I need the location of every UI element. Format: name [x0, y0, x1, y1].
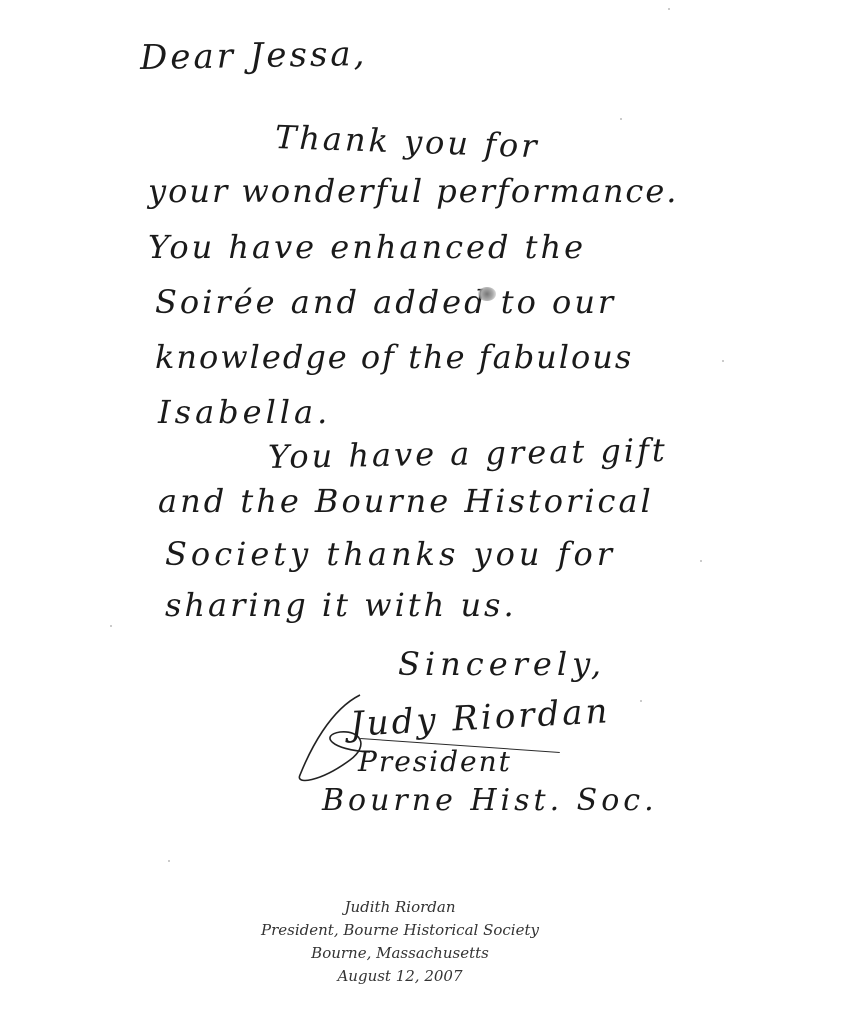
caption-location: Bourne, Massachusetts — [200, 944, 600, 962]
letter-salutation: Dear Jessa, — [140, 34, 368, 78]
letter-line: sharing it with us. — [165, 586, 517, 624]
signature-title: President — [358, 745, 512, 778]
signature-organization: Bourne Hist. Soc. — [322, 783, 658, 818]
caption-date: August 12, 2007 — [200, 967, 600, 985]
letter-line: your wonderful performance. — [148, 172, 678, 210]
letter-line: Thank you for — [274, 118, 540, 165]
scan-speck — [110, 625, 112, 627]
letter-closing: Sincerely, — [398, 645, 606, 683]
letter-line: Society thanks you for — [165, 535, 616, 573]
letter-line: knowledge of the fabulous — [155, 338, 633, 376]
letter-line: and the Bourne Historical — [158, 482, 654, 520]
caption-title: President, Bourne Historical Society — [200, 921, 600, 939]
letter-line: Soirée and added to our — [155, 283, 616, 321]
scan-speck — [668, 8, 670, 10]
letter-line: Isabella. — [158, 393, 331, 431]
letter-page: Dear Jessa, Thank you for your wonderful… — [0, 0, 843, 1024]
letter-line: You have enhanced the — [148, 228, 586, 266]
scan-speck — [640, 700, 642, 702]
letter-line: You have a great gift — [268, 431, 668, 476]
caption-name: Judith Riordan — [200, 898, 600, 916]
scan-speck — [700, 560, 702, 562]
scan-speck — [620, 118, 622, 120]
ink-smudge — [478, 287, 496, 301]
scan-speck — [168, 860, 170, 862]
scan-speck — [722, 360, 724, 362]
